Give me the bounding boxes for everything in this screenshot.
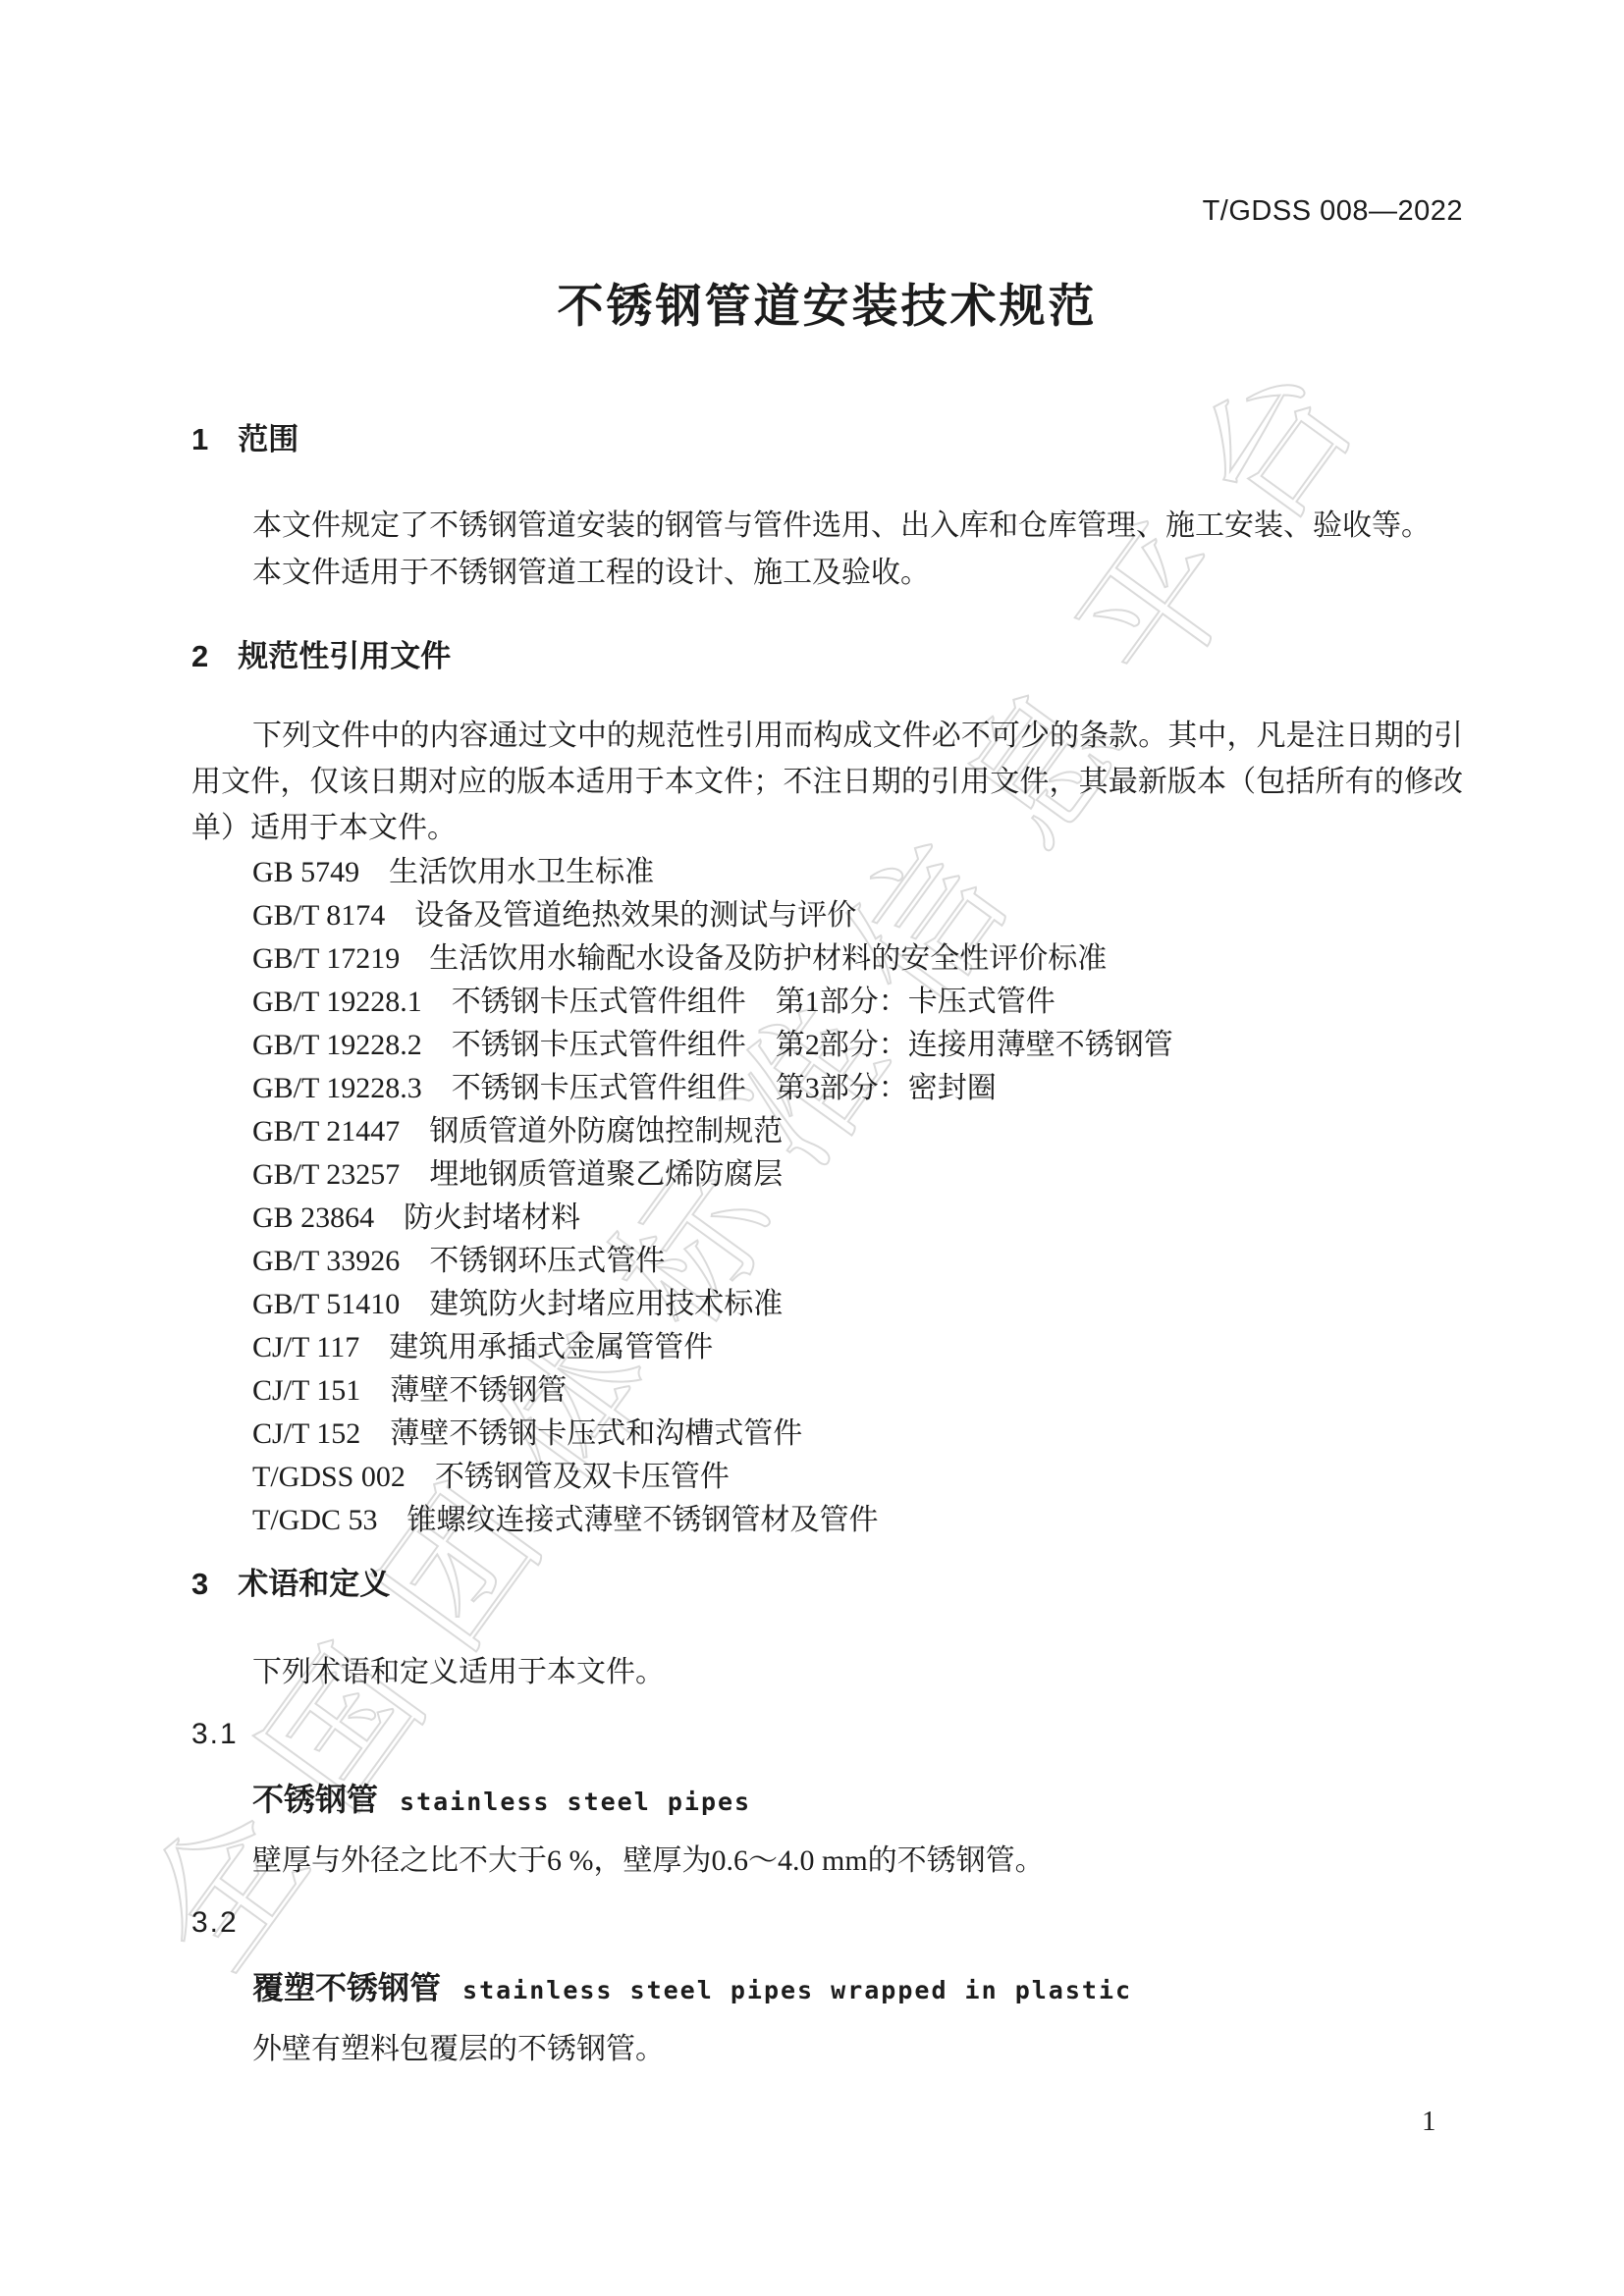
term-zh: 不锈钢管 (252, 1782, 378, 1817)
references-intro: 下列文件中的内容通过文中的规范性引用而构成文件必不可少的条款。其中，凡是注日期的… (191, 713, 1463, 851)
reference-item: GB 5749 生活饮用水卫生标准 (191, 851, 1463, 894)
section-1-number: 1 (191, 422, 208, 456)
scope-paragraph-2: 本文件适用于不锈钢管道工程的设计、施工及验收。 (191, 550, 1463, 597)
reference-item: GB/T 19228.3 不锈钢卡压式管件组件 第3部分：密封圈 (191, 1067, 1463, 1110)
term-definition-3-2: 外壁有塑料包覆层的不锈钢管。 (191, 2027, 1463, 2072)
reference-item: GB/T 19228.1 不锈钢卡压式管件组件 第1部分：卡压式管件 (191, 981, 1463, 1024)
terms-intro: 下列术语和定义适用于本文件。 (191, 1650, 1463, 1695)
section-2-number: 2 (191, 639, 208, 673)
term-number-3-1: 3.1 (191, 1717, 1463, 1752)
term-heading-3-1: 不锈钢管stainless steel pipes (191, 1778, 1463, 1821)
doc-number: T/GDSS 008—2022 (191, 194, 1463, 228)
document-title: 不锈钢管道安装技术规范 (191, 281, 1463, 332)
reference-item: CJ/T 152 薄壁不锈钢卡压式和沟槽式管件 (191, 1413, 1463, 1456)
term-en: stainless steel pipes (400, 1788, 751, 1816)
term-heading-3-2: 覆塑不锈钢管stainless steel pipes wrapped in p… (191, 1966, 1463, 2009)
reference-item: GB/T 19228.2 不锈钢卡压式管件组件 第2部分：连接用薄壁不锈钢管 (191, 1024, 1463, 1067)
reference-item: T/GDC 53 锥螺纹连接式薄壁不锈钢管材及管件 (191, 1499, 1463, 1542)
section-2-heading: 2规范性引用文件 (191, 640, 1463, 673)
term-zh: 覆塑不锈钢管 (252, 1970, 441, 2005)
section-1-heading: 1范围 (191, 423, 1463, 456)
reference-item: GB/T 21447 钢质管道外防腐蚀控制规范 (191, 1110, 1463, 1153)
reference-item: T/GDSS 002 不锈钢管及双卡压管件 (191, 1456, 1463, 1499)
term-number-3-2: 3.2 (191, 1905, 1463, 1941)
term-en: stainless steel pipes wrapped in plastic (462, 1976, 1132, 2004)
reference-item: GB/T 23257 埋地钢质管道聚乙烯防腐层 (191, 1153, 1463, 1197)
section-1-title: 范围 (238, 422, 298, 456)
section-3-title: 术语和定义 (238, 1567, 390, 1601)
page-number: 1 (1422, 2106, 1436, 2137)
reference-item: GB/T 17219 生活饮用水输配水设备及防护材料的安全性评价标准 (191, 937, 1463, 981)
reference-list: GB 5749 生活饮用水卫生标准 GB/T 8174 设备及管道绝热效果的测试… (191, 851, 1463, 1542)
scope-paragraph-1: 本文件规定了不锈钢管道安装的钢管与管件选用、出入库和仓库管理、施工安装、验收等。 (191, 503, 1463, 550)
document-page: 全国团体标准信息平台 T/GDSS 008—2022 不锈钢管道安装技术规范 1… (0, 0, 1624, 2296)
section-3-number: 3 (191, 1567, 208, 1601)
term-definition-3-1: 壁厚与外径之比不大于6 %，壁厚为0.6～4.0 mm的不锈钢管。 (191, 1839, 1463, 1884)
section-2-title: 规范性引用文件 (238, 639, 451, 673)
reference-item: CJ/T 151 薄壁不锈钢管 (191, 1369, 1463, 1413)
reference-item: CJ/T 117 建筑用承插式金属管管件 (191, 1326, 1463, 1369)
reference-item: GB/T 51410 建筑防火封堵应用技术标准 (191, 1283, 1463, 1326)
reference-item: GB 23864 防火封堵材料 (191, 1197, 1463, 1240)
reference-item: GB/T 8174 设备及管道绝热效果的测试与评价 (191, 894, 1463, 937)
section-3-heading: 3术语和定义 (191, 1568, 1463, 1601)
reference-item: GB/T 33926 不锈钢环压式管件 (191, 1240, 1463, 1283)
page-content: T/GDSS 008—2022 不锈钢管道安装技术规范 1范围 本文件规定了不锈… (0, 0, 1624, 2072)
